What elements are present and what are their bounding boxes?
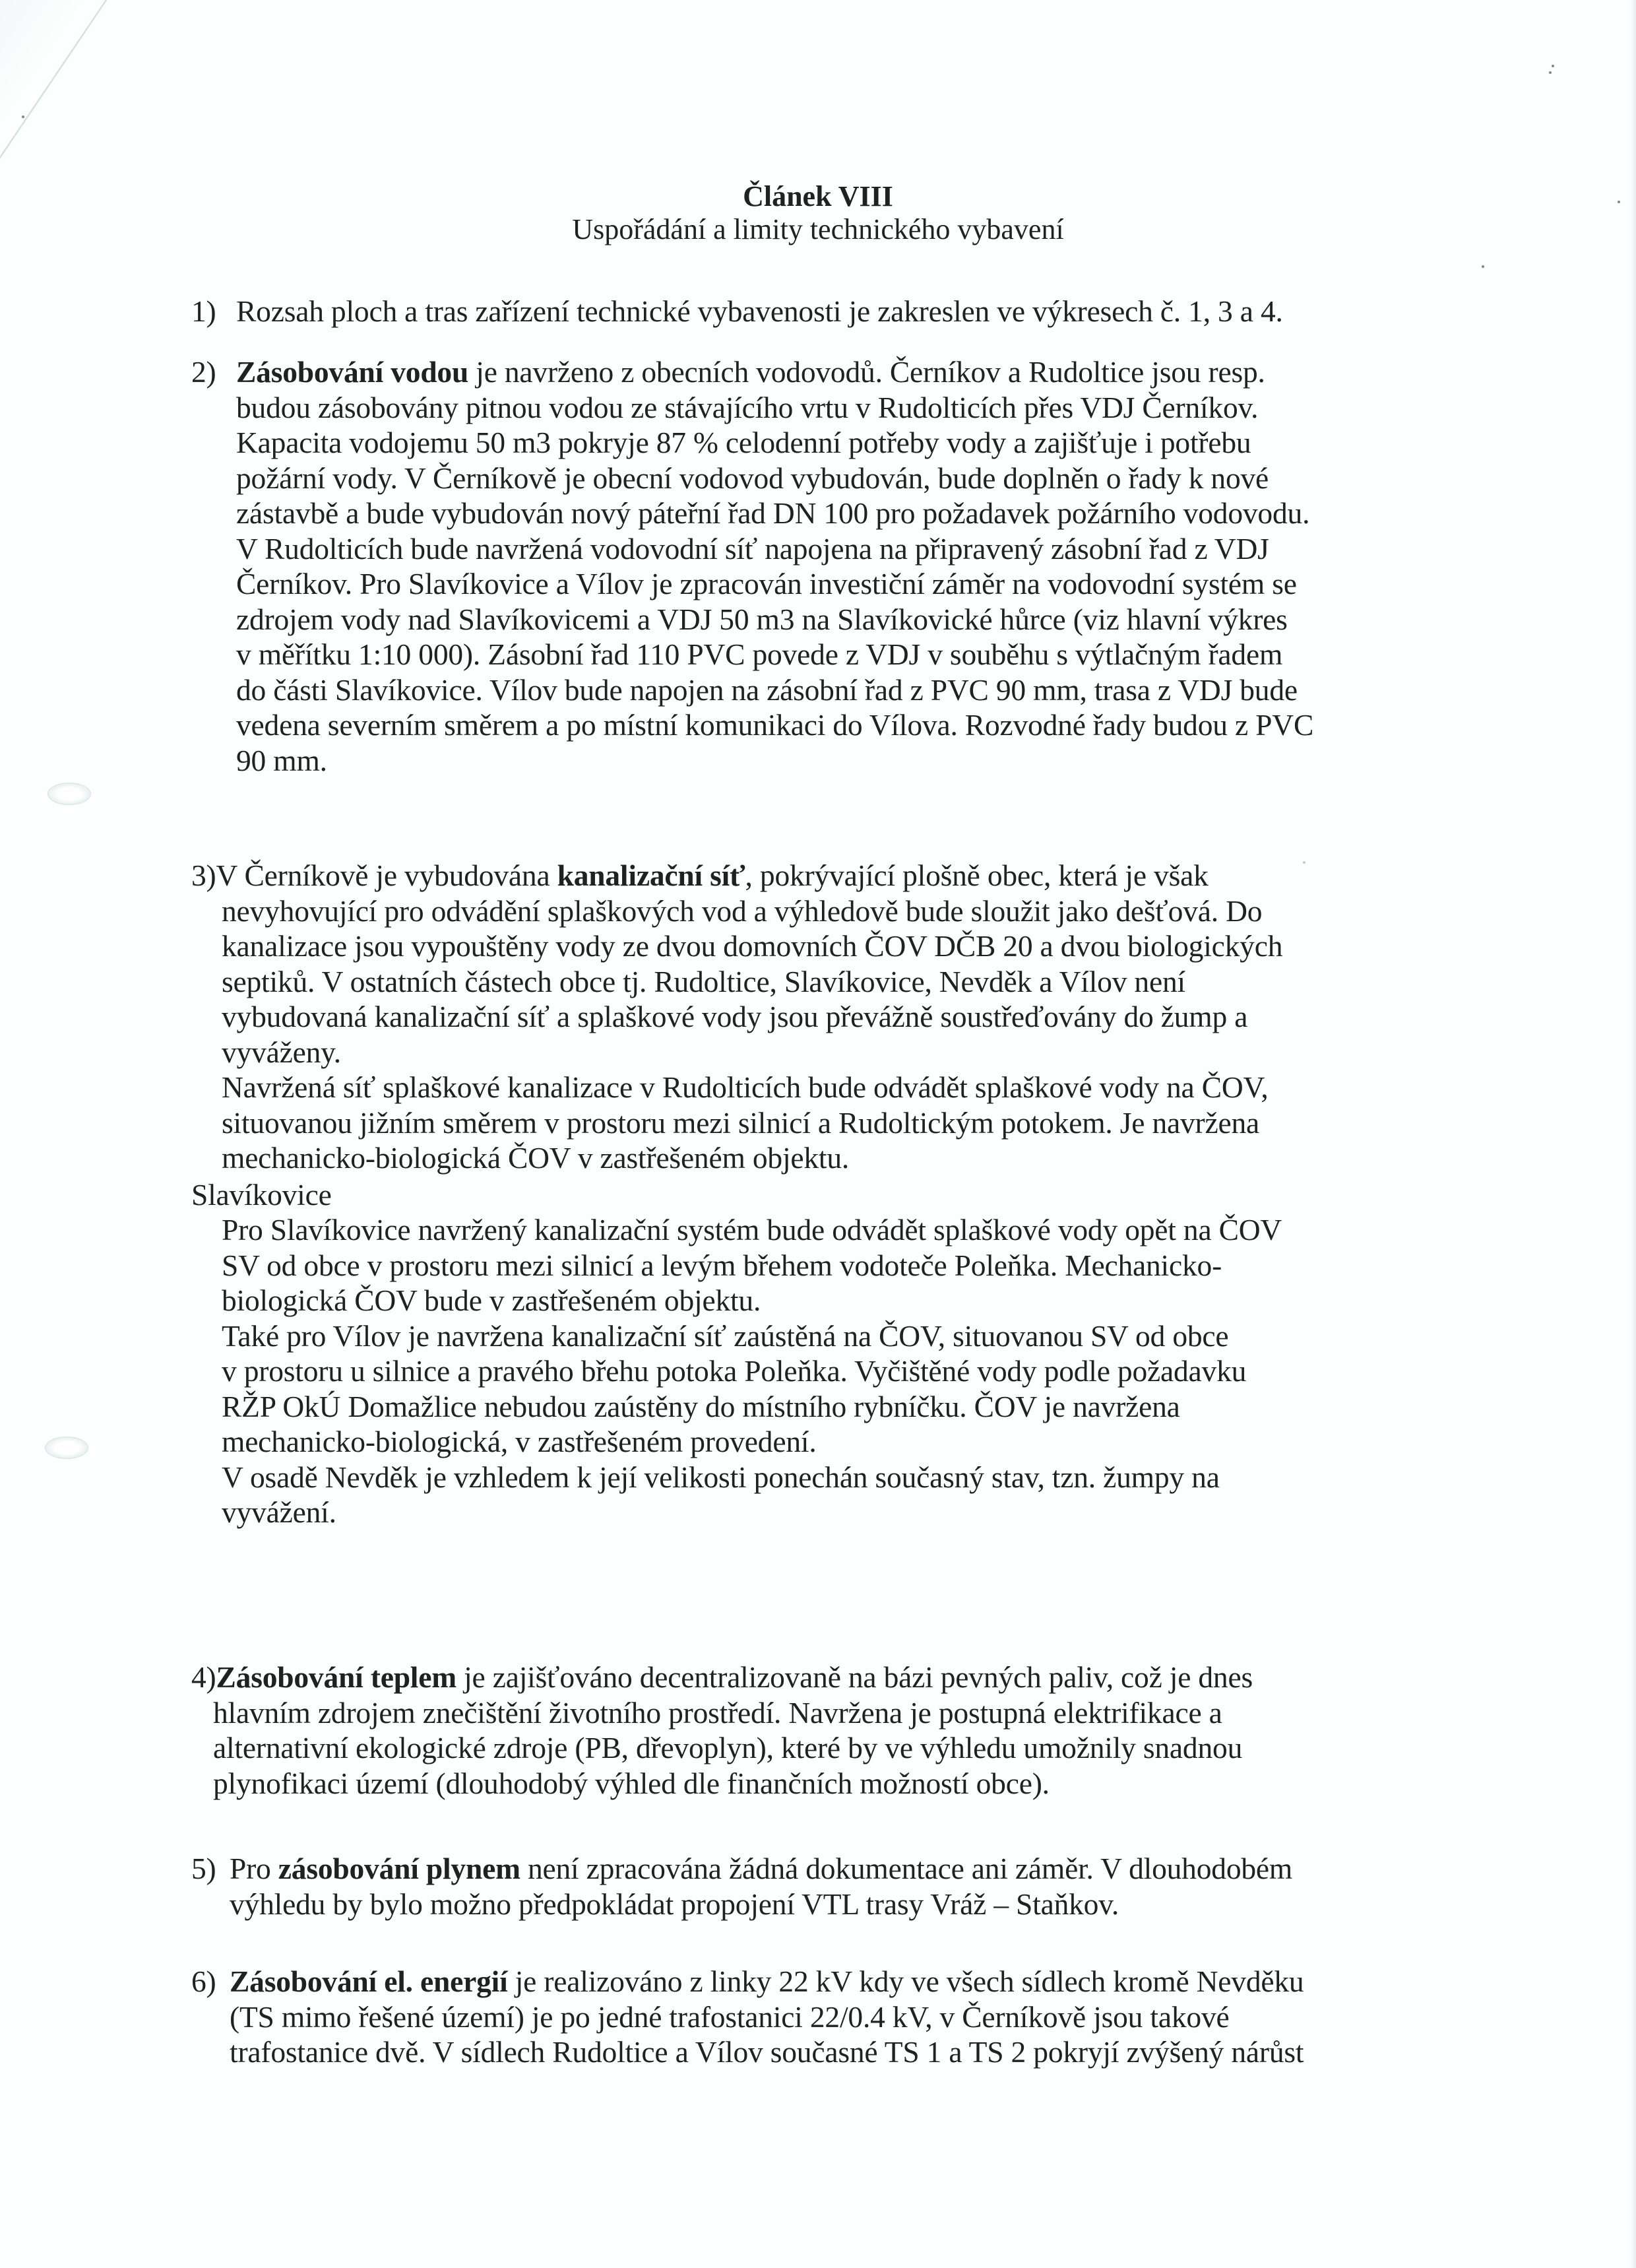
section-bold-term: Zásobování teplem (216, 1660, 456, 1694)
section-6-electricity-supply: 6)Zásobování el. energií je realizováno … (191, 1964, 1304, 2070)
section-3-sewerage: 3)V Černíkově je vybudována kanalizační … (191, 858, 1282, 1530)
section-2-line: Kapacita vodojemu 50 m3 pokryje 87 % cel… (236, 425, 1313, 461)
section-2-line: 2)Zásobování vodou je navrženo z obecníc… (191, 354, 1313, 390)
section-3-line: vyváženy. (222, 1035, 1282, 1070)
subheading-slavikovice: Slavíkovice (191, 1177, 1282, 1213)
section-2-line: do části Slavíkovice. Vílov bude napojen… (236, 672, 1313, 708)
section-3-sub-line: Pro Slavíkovice navržený kanalizační sys… (222, 1212, 1282, 1248)
section-number: 6) (191, 1964, 230, 1999)
section-3-sub-line: RŽP OkÚ Domažlice nebudou zaústěny do mí… (222, 1389, 1282, 1425)
section-3-line: kanalizace jsou vypouštěny vody ze dvou … (222, 928, 1282, 964)
section-3-sub-line: mechanicko-biologická, v zastřešeném pro… (222, 1424, 1282, 1460)
section-3-line: mechanicko-biologická ČOV v zastřešeném … (222, 1140, 1282, 1176)
section-2-line: zástavbě a bude vybudován nový páteřní ř… (236, 496, 1313, 531)
section-bold-term: Zásobování vodou (236, 355, 468, 389)
section-number: 5) (191, 1851, 230, 1887)
section-1: 1)Rozsah ploch a tras zařízení technické… (191, 294, 1283, 329)
section-5-line: 5)Pro zásobování plynem není zpracována … (191, 1851, 1292, 1887)
section-text: V Černíkově je vybudována (216, 859, 557, 892)
section-3-line: septiků. V ostatních částech obce tj. Ru… (222, 964, 1282, 1000)
section-3-line: nevyhovující pro odvádění splaškových vo… (222, 893, 1282, 929)
section-2-line: budou zásobovány pitnou vodou ze stávají… (236, 390, 1313, 426)
section-number: 3) (191, 858, 216, 893)
section-3-line: situovanou jižním směrem v prostoru mezi… (222, 1105, 1282, 1141)
section-6-line: (TS mimo řešené území) je po jedné trafo… (230, 1999, 1304, 2035)
section-2-line: V Rudolticích bude navržená vodovodní sí… (236, 531, 1313, 567)
section-5-line: výhledu by bylo možno předpokládat propo… (230, 1887, 1292, 1922)
section-3-line: Navržená síť splaškové kanalizace v Rudo… (222, 1070, 1282, 1105)
section-2-line: Černíkov. Pro Slavíkovice a Vílov je zpr… (236, 566, 1313, 602)
section-number: 4) (191, 1660, 216, 1695)
scanned-page: Článek VIII Uspořádání a limity technick… (0, 0, 1636, 2268)
section-3-sub-line: vyvážení. (222, 1495, 1282, 1530)
section-text: Rozsah ploch a tras zařízení technické v… (236, 294, 1283, 328)
section-3-line: 3)V Černíkově je vybudována kanalizační … (191, 858, 1282, 893)
section-bold-term: Zásobování el. energií (230, 1964, 508, 1998)
section-bold-term: zásobování plynem (278, 1852, 520, 1885)
section-2-line: požární vody. V Černíkově je obecní vodo… (236, 461, 1313, 496)
section-6-line: trafostanice dvě. V sídlech Rudoltice a … (230, 2034, 1304, 2070)
section-2-line: zdrojem vody nad Slavíkovicemi a VDJ 50 … (236, 602, 1313, 637)
section-4-line: 4)Zásobování teplem je zajišťováno decen… (191, 1660, 1253, 1695)
section-2-line: v měřítku 1:10 000). Zásobní řad 110 PVC… (236, 637, 1313, 672)
section-2-line: 90 mm. (236, 743, 1313, 779)
punch-hole (45, 1437, 88, 1459)
section-bold-term: kanalizační síť (557, 859, 745, 892)
section-3-line: vybudovaná kanalizační síť a splaškové v… (222, 999, 1282, 1035)
section-number: 2) (191, 354, 236, 390)
article-title: Článek VIII (0, 179, 1636, 214)
section-3-sub-line: V osadě Nevděk je vzhledem k její veliko… (222, 1460, 1282, 1495)
section-text: , pokrývající plošně obec, která je však (745, 859, 1209, 892)
section-3-sub-line: biologická ČOV bude v zastřešeném objekt… (222, 1283, 1282, 1318)
page-edge-shadow (1629, 0, 1636, 2268)
article-subtitle: Uspořádání a limity technického vybavení (0, 212, 1636, 247)
section-5-gas-supply: 5)Pro zásobování plynem není zpracována … (191, 1851, 1292, 1922)
section-6-line: 6)Zásobování el. energií je realizováno … (191, 1964, 1304, 1999)
section-3-sub-line: Také pro Vílov je navržena kanalizační s… (222, 1318, 1282, 1354)
section-number: 1) (191, 294, 236, 329)
section-1-line: 1)Rozsah ploch a tras zařízení technické… (191, 294, 1283, 329)
section-text: je navrženo z obecních vodovodů. Černíko… (468, 355, 1265, 389)
section-text: Pro (230, 1852, 278, 1885)
section-3-sub-line: v prostoru u silnice a pravého břehu pot… (222, 1353, 1282, 1389)
section-text: je zajišťováno decentralizovaně na bázi … (456, 1660, 1253, 1694)
section-4-line: alternativní ekologické zdroje (PB, dřev… (213, 1730, 1253, 1766)
section-4-line: hlavním zdrojem znečištění životního pro… (213, 1695, 1253, 1731)
section-3-sub-line: SV od obce v prostoru mezi silnicí a lev… (222, 1248, 1282, 1283)
section-text: je realizováno z linky 22 kV kdy ve všec… (508, 1964, 1304, 1998)
section-2-water-supply: 2)Zásobování vodou je navrženo z obecníc… (191, 354, 1313, 778)
section-2-line: vedena severním směrem a po místní komun… (236, 707, 1313, 743)
punch-hole (47, 783, 91, 805)
section-4-line: plynofikaci území (dlouhodobý výhled dle… (213, 1766, 1253, 1801)
section-4-heat-supply: 4)Zásobování teplem je zajišťováno decen… (191, 1660, 1253, 1801)
section-text: není zpracována žádná dokumentace ani zá… (520, 1852, 1292, 1885)
